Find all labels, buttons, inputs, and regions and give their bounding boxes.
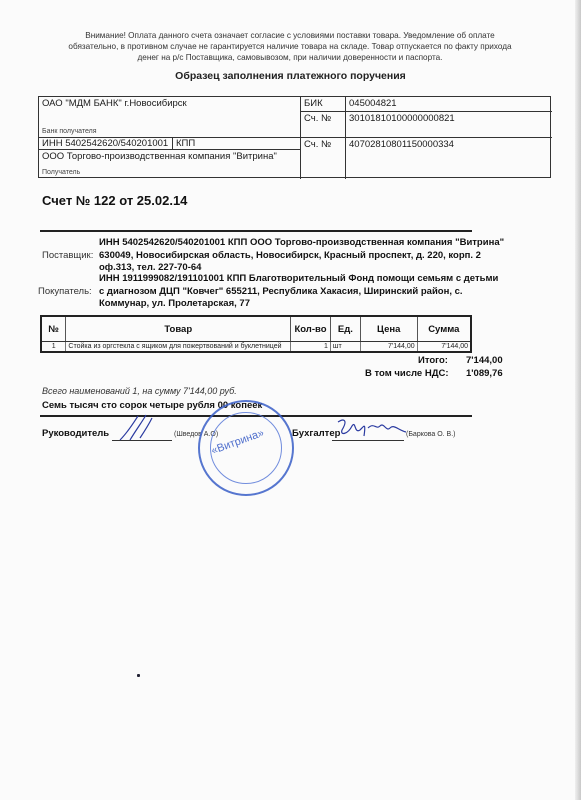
divider	[39, 149, 300, 150]
corr-account-label: Сч. №	[304, 113, 331, 124]
divider	[345, 97, 346, 179]
vat-value: 1'089,76	[466, 368, 503, 379]
col-header-qty: Кол-во	[291, 316, 331, 342]
cell-qty: 1	[291, 342, 331, 353]
divider	[345, 111, 552, 112]
vat-label: В том числе НДС:	[365, 368, 449, 379]
scan-speck	[137, 674, 140, 677]
supplier-details: ИНН 5402542620/540201001 КПП ООО Торгово…	[99, 237, 504, 275]
cell-item: Стойка из оргстекла с ящиком для пожертв…	[66, 342, 291, 353]
recipient-label: Получатель	[42, 169, 80, 176]
buyer-line: ИНН 1911999082/191101001 КПП Благотворит…	[99, 273, 498, 286]
kpp-label: КПП	[176, 138, 195, 149]
cell-price: 7'144,00	[360, 342, 417, 353]
col-header-price: Цена	[360, 316, 417, 342]
col-header-item: Товар	[66, 316, 291, 342]
director-signature-icon	[118, 414, 160, 442]
divider	[300, 97, 301, 179]
col-header-unit: Ед.	[330, 316, 360, 342]
cell-unit: шт	[330, 342, 360, 353]
total-value: 7'144,00	[466, 355, 503, 366]
total-label: Итого:	[418, 355, 448, 366]
table-header-row: № Товар Кол-во Ед. Цена Сумма	[41, 316, 471, 342]
items-table: № Товар Кол-во Ед. Цена Сумма 1 Стойка и…	[40, 315, 472, 353]
page-edge-shadow	[575, 0, 581, 800]
col-header-sum: Сумма	[417, 316, 471, 342]
bik-value: 045004821	[349, 98, 397, 109]
accountant-name: (Баркова О. В.)	[406, 431, 456, 438]
payment-notice: Внимание! Оплата данного счета означает …	[60, 30, 520, 63]
supplier-line: 630049, Новосибирская область, Новосибир…	[99, 250, 504, 263]
company-stamp: «Витрина»	[198, 400, 294, 496]
divider	[300, 111, 345, 112]
supplier-label: Поставщик:	[42, 250, 93, 261]
bik-label: БИК	[304, 98, 323, 109]
recipient-name: ООО Торгово-производственная компания "В…	[42, 151, 277, 162]
account-value: 40702810801150000334	[349, 139, 454, 150]
bank-name: ОАО "МДМ БАНК" г.Новосибирск	[42, 98, 187, 109]
bank-label: Банк получателя	[42, 128, 97, 135]
inn-value: ИНН 5402542620/540201001	[42, 138, 168, 149]
items-count-summary: Всего наименований 1, на сумму 7'144,00 …	[42, 386, 237, 396]
divider	[172, 137, 173, 149]
corr-account-value: 30101810100000000821	[349, 113, 455, 124]
buyer-details: ИНН 1911999082/191101001 КПП Благотворит…	[99, 273, 498, 311]
buyer-line: Коммунар, ул. Пролетарская, 77	[99, 298, 498, 311]
table-row: 1 Стойка из оргстекла с ящиком для пожер…	[41, 342, 471, 353]
col-header-number: №	[41, 316, 66, 342]
invoice-title: Счет № 122 от 25.02.14	[42, 193, 187, 208]
buyer-label: Покупатель:	[38, 286, 92, 297]
title-underline	[40, 230, 472, 232]
cell-sum: 7'144,00	[417, 342, 471, 353]
buyer-line: с диагнозом ДЦП "Ковчег" 655211, Республ…	[99, 286, 498, 299]
account-label: Сч. №	[304, 139, 331, 150]
sample-title: Образец заполнения платежного поручения	[0, 70, 581, 82]
cell-number: 1	[41, 342, 66, 353]
bank-details-table: ОАО "МДМ БАНК" г.Новосибирск Банк получа…	[38, 96, 551, 178]
supplier-line: ИНН 5402542620/540201001 КПП ООО Торгово…	[99, 237, 504, 250]
accountant-signature-icon	[334, 416, 408, 440]
accountant-signature-line	[332, 440, 404, 441]
director-label: Руководитель	[42, 428, 109, 439]
